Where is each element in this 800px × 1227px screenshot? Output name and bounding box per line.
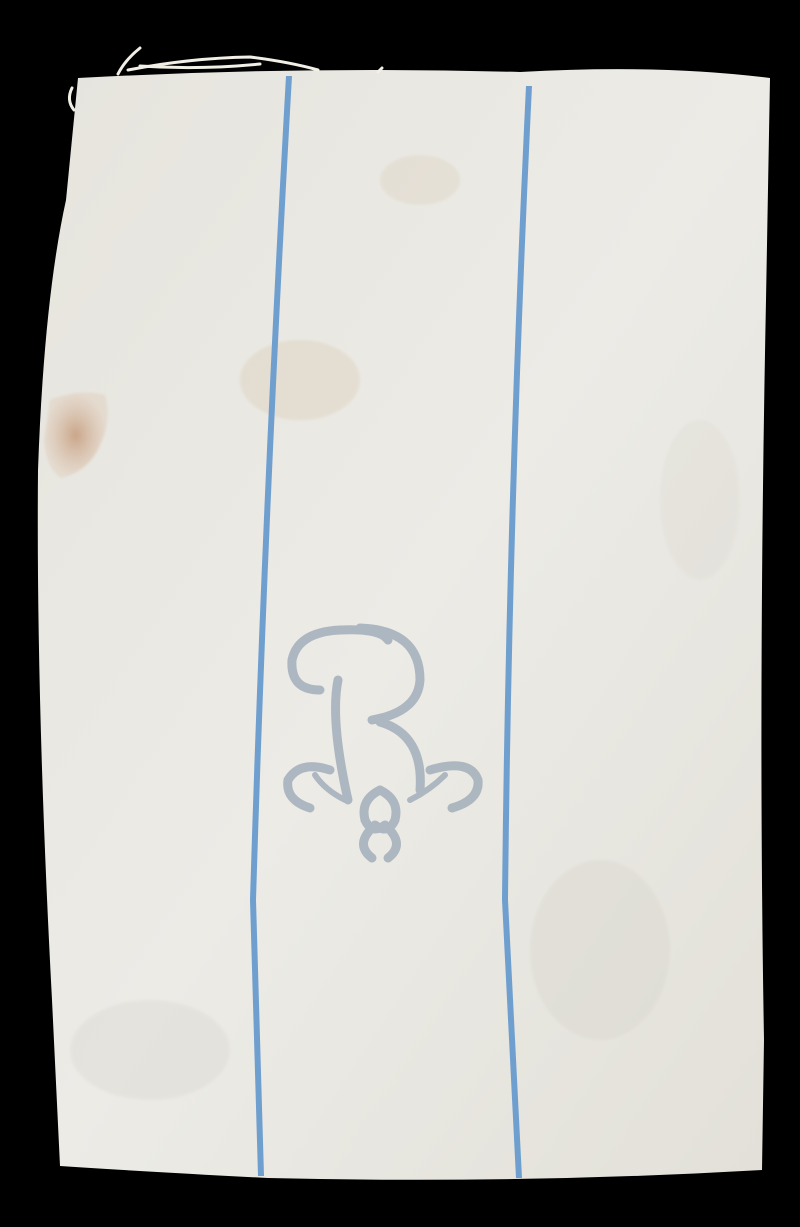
photo-scene: B [0, 0, 800, 1227]
sack-illustration: B [0, 0, 800, 1227]
